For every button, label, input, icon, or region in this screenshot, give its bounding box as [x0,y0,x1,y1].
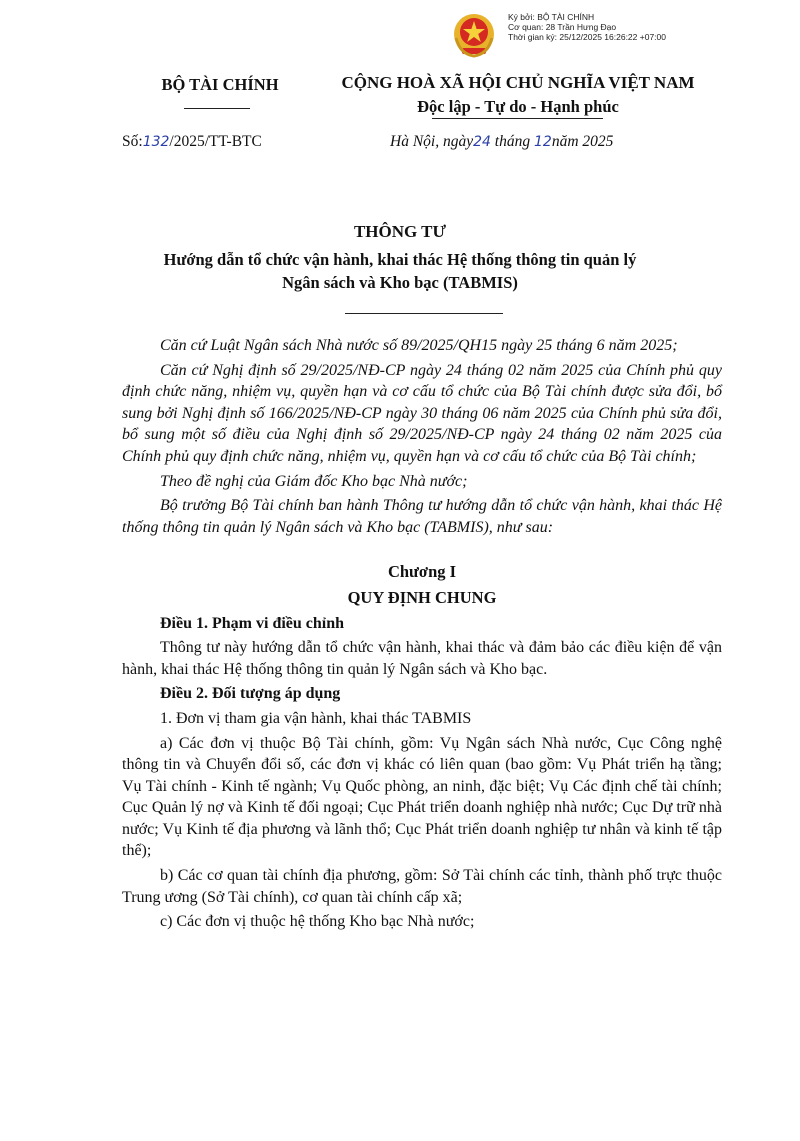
preamble-paragraph: Theo đề nghị của Giám đốc Kho bạc Nhà nư… [122,471,722,493]
place-prefix: Hà Nội, ngày [390,133,473,150]
place-and-date: Hà Nội, ngày24 tháng 12năm 2025 [390,133,613,151]
chapter-title: QUY ĐỊNH CHUNG [122,587,722,609]
article-paragraph: a) Các đơn vị thuộc Bộ Tài chính, gồm: V… [122,733,722,863]
article-paragraph: b) Các cơ quan tài chính địa phương, gồm… [122,865,722,908]
document-number: Số:132/2025/TT-BTC [122,133,262,151]
organization-underline [184,108,250,109]
title-underline [345,313,503,314]
signed-by: Ký bởi: BỘ TÀI CHÍNH [508,12,666,22]
handwritten-month: 12 [534,134,552,150]
article-paragraph: c) Các đơn vị thuộc hệ thống Kho bạc Nhà… [122,911,722,933]
chapter-number: Chương I [122,561,722,583]
issuing-organization: BỘ TÀI CHÍNH [130,75,310,95]
subtitle-line-2: Ngân sách và Kho bạc (TABMIS) [0,271,800,294]
subtitle-line-1: Hướng dẫn tổ chức vận hành, khai thác Hệ… [0,248,800,271]
article-paragraph: Thông tư này hướng dẫn tổ chức vận hành,… [122,637,722,680]
document-body: Căn cứ Luật Ngân sách Nhà nước số 89/202… [122,335,722,936]
preamble-paragraph: Căn cứ Luật Ngân sách Nhà nước số 89/202… [122,335,722,357]
preamble-paragraph: Căn cứ Nghị định số 29/2025/NĐ-CP ngày 2… [122,360,722,468]
preamble-paragraph: Bộ trưởng Bộ Tài chính ban hành Thông tư… [122,495,722,538]
article-heading: Điều 1. Phạm vi điều chỉnh [122,613,722,635]
national-motto: Độc lập - Tự do - Hạnh phúc [338,97,698,117]
digital-signature-info: Ký bởi: BỘ TÀI CHÍNH Cơ quan: 28 Trần Hư… [508,12,666,42]
national-emblem-icon [452,12,496,60]
motto-underline [432,118,603,119]
article-heading: Điều 2. Đối tượng áp dụng [122,683,722,705]
handwritten-doc-number: 132 [143,134,170,150]
national-title: CỘNG HOÀ XÃ HỘI CHỦ NGHĨA VIỆT NAM [318,73,718,93]
signing-agency: Cơ quan: 28 Trần Hưng Đạo [508,22,666,32]
doc-number-suffix: /2025/TT-BTC [169,133,261,150]
document-type: THÔNG TƯ [0,222,800,242]
month-label: tháng [491,133,534,150]
document-subtitle: Hướng dẫn tổ chức vận hành, khai thác Hệ… [0,248,800,294]
year-label: năm 2025 [552,133,614,150]
article-paragraph: 1. Đơn vị tham gia vận hành, khai thác T… [122,708,722,730]
handwritten-day: 24 [473,134,491,150]
doc-number-prefix: Số: [122,133,143,150]
signed-time: Thời gian ký: 25/12/2025 16:26:22 +07:00 [508,32,666,42]
